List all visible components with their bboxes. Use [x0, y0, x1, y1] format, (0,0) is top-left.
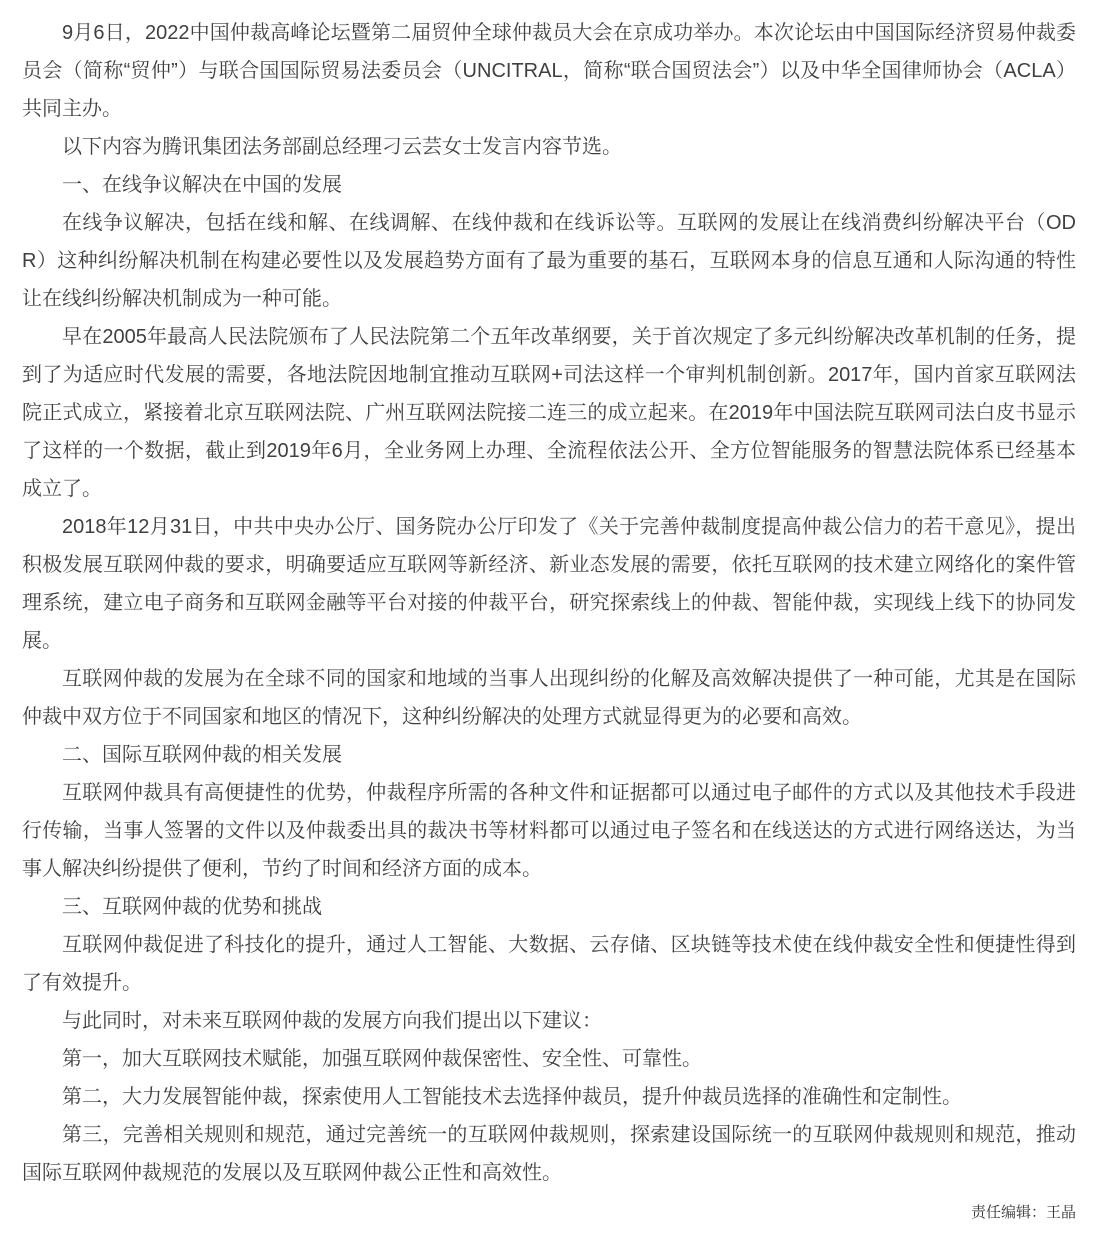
- paragraph-suggestion-3: 第三，完善相关规则和规范，通过完善统一的互联网仲裁规则，探索建设国际统一的互联网…: [22, 1116, 1076, 1192]
- article-page: 9月6日，2022中国仲裁高峰论坛暨第二届贸仲全球仲裁员大会在京成功举办。本次论…: [0, 0, 1098, 1235]
- paragraph-intro: 9月6日，2022中国仲裁高峰论坛暨第二届贸仲全球仲裁员大会在京成功举办。本次论…: [22, 14, 1076, 128]
- section-heading-2: 二、国际互联网仲裁的相关发展: [22, 736, 1076, 774]
- paragraph: 与此同时，对未来互联网仲裁的发展方向我们提出以下建议：: [22, 1002, 1076, 1040]
- paragraph: 在线争议解决，包括在线和解、在线调解、在线仲裁和在线诉讼等。互联网的发展让在线消…: [22, 204, 1076, 318]
- paragraph: 互联网仲裁具有高便捷性的优势，仲裁程序所需的各种文件和证据都可以通过电子邮件的方…: [22, 774, 1076, 888]
- paragraph: 2018年12月31日，中共中央办公厅、国务院办公厅印发了《关于完善仲裁制度提高…: [22, 508, 1076, 660]
- editor-credit: 责任编辑：王晶: [971, 1204, 1076, 1222]
- section-heading-1: 一、在线争议解决在中国的发展: [22, 166, 1076, 204]
- article-body: 9月6日，2022中国仲裁高峰论坛暨第二届贸仲全球仲裁员大会在京成功举办。本次论…: [0, 0, 1098, 1192]
- paragraph-suggestion-1: 第一，加大互联网技术赋能，加强互联网仲裁保密性、安全性、可靠性。: [22, 1040, 1076, 1078]
- paragraph-suggestion-2: 第二，大力发展智能仲裁，探索使用人工智能技术去选择仲裁员，提升仲裁员选择的准确性…: [22, 1078, 1076, 1116]
- paragraph: 互联网仲裁促进了科技化的提升，通过人工智能、大数据、云存储、区块链等技术使在线仲…: [22, 926, 1076, 1002]
- paragraph-speaker-note: 以下内容为腾讯集团法务部副总经理刁云芸女士发言内容节选。: [22, 128, 1076, 166]
- paragraph: 早在2005年最高人民法院颁布了人民法院第二个五年改革纲要，关于首次规定了多元纠…: [22, 318, 1076, 508]
- section-heading-3: 三、互联网仲裁的优势和挑战: [22, 888, 1076, 926]
- paragraph: 互联网仲裁的发展为在全球不同的国家和地域的当事人出现纠纷的化解及高效解决提供了一…: [22, 660, 1076, 736]
